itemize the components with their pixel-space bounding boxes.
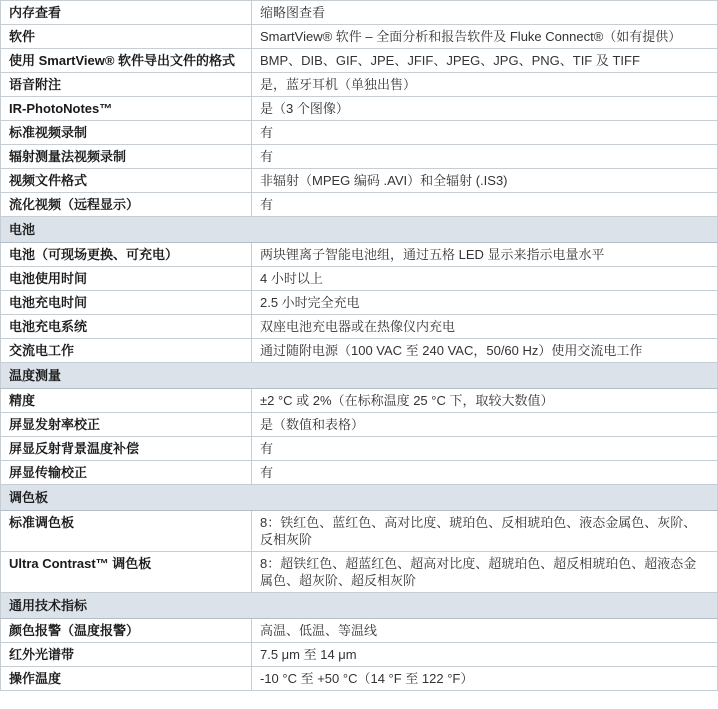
section-row: 通用技术指标 <box>1 593 718 619</box>
section-row: 电池 <box>1 217 718 243</box>
section-header: 调色板 <box>1 485 718 511</box>
spec-label: IR-PhotoNotes™ <box>1 97 252 121</box>
spec-value: 是（3 个图像） <box>252 97 718 121</box>
spec-label: 交流电工作 <box>1 339 252 363</box>
section-header: 温度测量 <box>1 363 718 389</box>
spec-label: 流化视频（远程显示） <box>1 193 252 217</box>
spec-value: 7.5 μm 至 14 μm <box>252 643 718 667</box>
spec-value: 有 <box>252 461 718 485</box>
table-row: 视频文件格式 非辐射（MPEG 编码 .AVI）和全辐射 (.IS3) <box>1 169 718 193</box>
spec-label: 使用 SmartView® 软件导出文件的格式 <box>1 49 252 73</box>
spec-label: 内存查看 <box>1 1 252 25</box>
spec-label: 电池（可现场更换、可充电） <box>1 243 252 267</box>
section-row: 温度测量 <box>1 363 718 389</box>
table-row: 使用 SmartView® 软件导出文件的格式 BMP、DIB、GIF、JPE、… <box>1 49 718 73</box>
spec-value: BMP、DIB、GIF、JPE、JFIF、JPEG、JPG、PNG、TIF 及 … <box>252 49 718 73</box>
table-row: 标准视频录制 有 <box>1 121 718 145</box>
spec-value: 有 <box>252 193 718 217</box>
spec-label: 语音附注 <box>1 73 252 97</box>
table-row: 操作温度 -10 °C 至 +50 °C（14 °F 至 122 °F） <box>1 667 718 691</box>
spec-label: 视频文件格式 <box>1 169 252 193</box>
spec-value: 4 小时以上 <box>252 267 718 291</box>
spec-value: 两块锂离子智能电池组，通过五格 LED 显示来指示电量水平 <box>252 243 718 267</box>
section-row: 调色板 <box>1 485 718 511</box>
spec-value: 高温、低温、等温线 <box>252 619 718 643</box>
table-row: 辐射测量法视频录制 有 <box>1 145 718 169</box>
spec-table: 内存查看 缩略图查看 软件 SmartView® 软件 – 全面分析和报告软件及… <box>0 0 718 691</box>
spec-label: 颜色报警（温度报警） <box>1 619 252 643</box>
section-header: 通用技术指标 <box>1 593 718 619</box>
spec-value: 8：铁红色、蓝红色、高对比度、琥珀色、反相琥珀色、液态金属色、灰阶、反相灰阶 <box>252 511 718 552</box>
table-row: 软件 SmartView® 软件 – 全面分析和报告软件及 Fluke Conn… <box>1 25 718 49</box>
table-row: 屏显传输校正 有 <box>1 461 718 485</box>
table-row: 交流电工作 通过随附电源（100 VAC 至 240 VAC，50/60 Hz）… <box>1 339 718 363</box>
spec-label: 软件 <box>1 25 252 49</box>
spec-label: 电池使用时间 <box>1 267 252 291</box>
spec-value: 是（数值和表格） <box>252 413 718 437</box>
table-row: 标准调色板 8：铁红色、蓝红色、高对比度、琥珀色、反相琥珀色、液态金属色、灰阶、… <box>1 511 718 552</box>
spec-label: 标准视频录制 <box>1 121 252 145</box>
table-row: 内存查看 缩略图查看 <box>1 1 718 25</box>
spec-value: 有 <box>252 145 718 169</box>
spec-value: 缩略图查看 <box>252 1 718 25</box>
table-row: Ultra Contrast™ 调色板 8：超铁红色、超蓝红色、超高对比度、超琥… <box>1 552 718 593</box>
table-row: 语音附注 是，蓝牙耳机（单独出售） <box>1 73 718 97</box>
table-row: 电池使用时间 4 小时以上 <box>1 267 718 291</box>
table-row: 电池充电系统 双座电池充电器或在热像仪内充电 <box>1 315 718 339</box>
table-row: 精度 ±2 °C 或 2%（在标称温度 25 °C 下，取较大数值） <box>1 389 718 413</box>
spec-value: ±2 °C 或 2%（在标称温度 25 °C 下，取较大数值） <box>252 389 718 413</box>
table-row: 屏显发射率校正 是（数值和表格） <box>1 413 718 437</box>
spec-value: 非辐射（MPEG 编码 .AVI）和全辐射 (.IS3) <box>252 169 718 193</box>
spec-label: 屏显反射背景温度补偿 <box>1 437 252 461</box>
spec-label: Ultra Contrast™ 调色板 <box>1 552 252 593</box>
spec-label: 屏显传输校正 <box>1 461 252 485</box>
spec-value: 有 <box>252 121 718 145</box>
spec-label: 精度 <box>1 389 252 413</box>
spec-value: 通过随附电源（100 VAC 至 240 VAC，50/60 Hz）使用交流电工… <box>252 339 718 363</box>
spec-value: SmartView® 软件 – 全面分析和报告软件及 Fluke Connect… <box>252 25 718 49</box>
spec-label: 红外光谱带 <box>1 643 252 667</box>
table-row: IR-PhotoNotes™ 是（3 个图像） <box>1 97 718 121</box>
spec-value: 双座电池充电器或在热像仪内充电 <box>252 315 718 339</box>
spec-value: 8：超铁红色、超蓝红色、超高对比度、超琥珀色、超反相琥珀色、超液态金属色、超灰阶… <box>252 552 718 593</box>
table-row: 红外光谱带 7.5 μm 至 14 μm <box>1 643 718 667</box>
spec-label: 电池充电系统 <box>1 315 252 339</box>
table-row: 屏显反射背景温度补偿 有 <box>1 437 718 461</box>
spec-label: 标准调色板 <box>1 511 252 552</box>
spec-label: 辐射测量法视频录制 <box>1 145 252 169</box>
table-row: 电池充电时间 2.5 小时完全充电 <box>1 291 718 315</box>
section-header: 电池 <box>1 217 718 243</box>
spec-label: 操作温度 <box>1 667 252 691</box>
spec-value: 有 <box>252 437 718 461</box>
table-row: 流化视频（远程显示） 有 <box>1 193 718 217</box>
spec-label: 电池充电时间 <box>1 291 252 315</box>
spec-value: -10 °C 至 +50 °C（14 °F 至 122 °F） <box>252 667 718 691</box>
spec-value: 是，蓝牙耳机（单独出售） <box>252 73 718 97</box>
table-row: 颜色报警（温度报警） 高温、低温、等温线 <box>1 619 718 643</box>
spec-label: 屏显发射率校正 <box>1 413 252 437</box>
table-row: 电池（可现场更换、可充电） 两块锂离子智能电池组，通过五格 LED 显示来指示电… <box>1 243 718 267</box>
spec-value: 2.5 小时完全充电 <box>252 291 718 315</box>
